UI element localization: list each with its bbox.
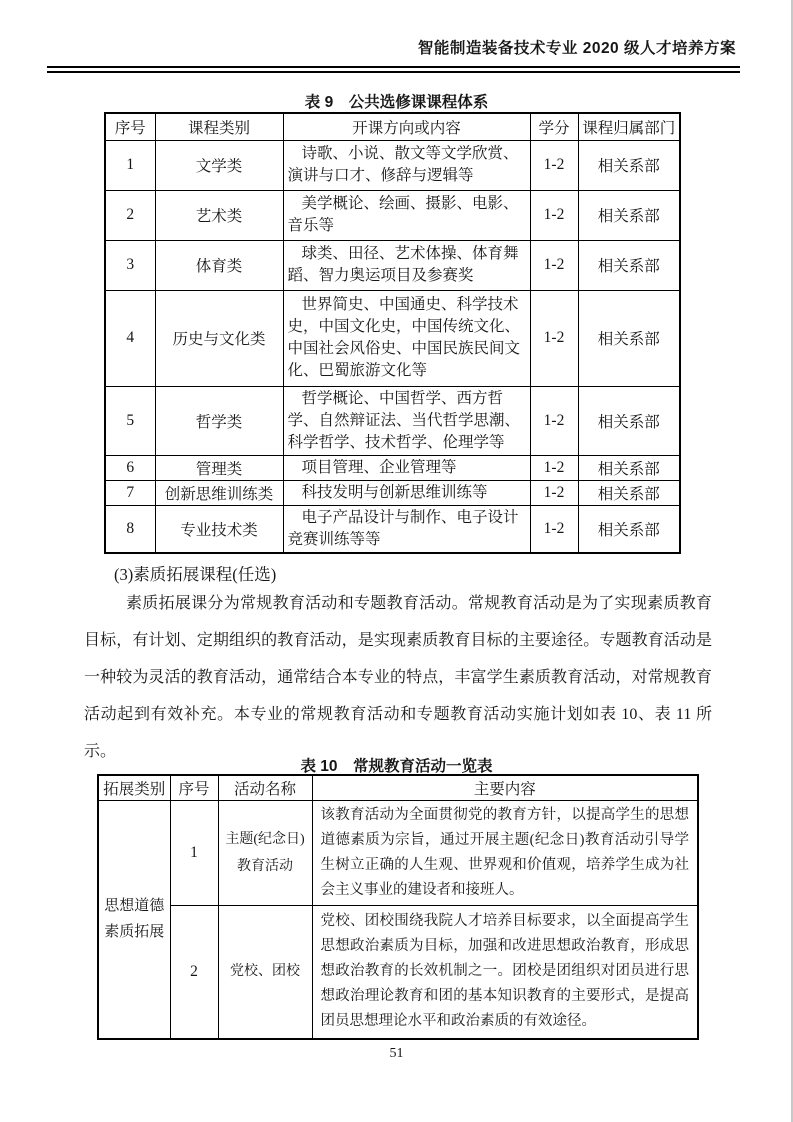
table-row: 5 哲学类 哲学概论、中国哲学、西方哲学、自然辩证法、当代哲学思潮、科学哲学、技…	[105, 386, 680, 455]
cell-credits: 1-2	[530, 505, 578, 553]
table-row: 7 创新思维训练类 科技发明与创新思维训练等 1-2 相关系部	[105, 480, 680, 505]
cell-no: 5	[105, 386, 155, 455]
cell-content: 哲学概论、中国哲学、西方哲学、自然辩证法、当代哲学思潮、科学哲学、技术哲学、伦理…	[283, 386, 530, 455]
cell-no: 4	[105, 290, 155, 386]
body-paragraph: 素质拓展课分为常规教育活动和专题教育活动。常规教育活动是为了实现素质教育目标，有…	[84, 585, 712, 770]
cell-category: 历史与文化类	[155, 290, 283, 386]
cell-category: 体育类	[155, 240, 283, 290]
cell-content: 美学概论、绘画、摄影、电影、音乐等	[283, 190, 530, 240]
cell-credits: 1-2	[530, 386, 578, 455]
cell-group-label: 思想道德素质拓展	[98, 801, 170, 1039]
cell-dept: 相关系部	[578, 240, 680, 290]
cell-dept: 相关系部	[578, 386, 680, 455]
cell-credits: 1-2	[530, 455, 578, 480]
cell-dept: 相关系部	[578, 505, 680, 553]
cell-category: 哲学类	[155, 386, 283, 455]
cell-category: 专业技术类	[155, 505, 283, 553]
table9-title: 表 9 公共选修课课程体系	[0, 90, 793, 112]
cell-no: 2	[170, 906, 218, 1039]
table9-header-row: 序号 课程类别 开课方向或内容 学分 课程归属部门	[105, 113, 680, 140]
cell-activity-name: 党校、团校	[218, 906, 312, 1039]
section-heading: (3)素质拓展课程(任选)	[114, 561, 276, 585]
cell-category: 艺术类	[155, 190, 283, 240]
table-row: 思想道德素质拓展 1 主题(纪念日)教育活动 该教育活动为全面贯彻党的教育方针，…	[98, 801, 698, 906]
col-header-group: 拓展类别	[98, 775, 170, 801]
cell-activity-name: 主题(纪念日)教育活动	[218, 801, 312, 906]
table-row: 2 艺术类 美学概论、绘画、摄影、电影、音乐等 1-2 相关系部	[105, 190, 680, 240]
col-header-content: 开课方向或内容	[283, 113, 530, 140]
col-header-category: 课程类别	[155, 113, 283, 140]
cell-dept: 相关系部	[578, 190, 680, 240]
cell-content: 球类、田径、艺术体操、体育舞蹈、智力奥运项目及参赛奖	[283, 240, 530, 290]
table10-regular-activities: 拓展类别 序号 活动名称 主要内容 思想道德素质拓展 1 主题(纪念日)教育活动…	[97, 774, 699, 1040]
cell-dept: 相关系部	[578, 290, 680, 386]
table-row: 1 文学类 诗歌、小说、散文等文学欣赏、演讲与口才、修辞与逻辑等 1-2 相关系…	[105, 140, 680, 190]
cell-no: 1	[105, 140, 155, 190]
cell-no: 2	[105, 190, 155, 240]
cell-no: 7	[105, 480, 155, 505]
cell-content: 诗歌、小说、散文等文学欣赏、演讲与口才、修辞与逻辑等	[283, 140, 530, 190]
cell-credits: 1-2	[530, 190, 578, 240]
page-header-title: 智能制造装备技术专业 2020 级人才培养方案	[418, 36, 736, 58]
cell-no: 1	[170, 801, 218, 906]
col-header-name: 活动名称	[218, 775, 312, 801]
table-row: 2 党校、团校 党校、团校围绕我院人才培养目标要求，以全面提高学生思想政治素质为…	[98, 906, 698, 1039]
cell-category: 创新思维训练类	[155, 480, 283, 505]
cell-main-content: 该教育活动为全面贯彻党的教育方针，以提高学生的思想道德素质为宗旨，通过开展主题(…	[312, 801, 698, 906]
cell-dept: 相关系部	[578, 480, 680, 505]
col-header-dept: 课程归属部门	[578, 113, 680, 140]
table10-title: 表 10 常规教育活动一览表	[0, 754, 793, 776]
cell-content: 项目管理、企业管理等	[283, 455, 530, 480]
col-header-credits: 学分	[530, 113, 578, 140]
cell-content: 科技发明与创新思维训练等	[283, 480, 530, 505]
cell-credits: 1-2	[530, 140, 578, 190]
document-page: 智能制造装备技术专业 2020 级人才培养方案 表 9 公共选修课课程体系 序号…	[0, 0, 793, 1122]
cell-credits: 1-2	[530, 480, 578, 505]
cell-credits: 1-2	[530, 290, 578, 386]
cell-no: 3	[105, 240, 155, 290]
cell-no: 8	[105, 505, 155, 553]
cell-dept: 相关系部	[578, 140, 680, 190]
cell-category: 文学类	[155, 140, 283, 190]
cell-content: 世界简史、中国通史、科学技术史，中国文化史，中国传统文化、中国社会风俗史、中国民…	[283, 290, 530, 386]
col-header-no: 序号	[170, 775, 218, 801]
cell-no: 6	[105, 455, 155, 480]
table-row: 6 管理类 项目管理、企业管理等 1-2 相关系部	[105, 455, 680, 480]
table-row: 3 体育类 球类、田径、艺术体操、体育舞蹈、智力奥运项目及参赛奖 1-2 相关系…	[105, 240, 680, 290]
cell-category: 管理类	[155, 455, 283, 480]
table9-public-electives: 序号 课程类别 开课方向或内容 学分 课程归属部门 1 文学类 诗歌、小说、散文…	[104, 112, 681, 554]
table-row: 4 历史与文化类 世界简史、中国通史、科学技术史，中国文化史，中国传统文化、中国…	[105, 290, 680, 386]
table10-header-row: 拓展类别 序号 活动名称 主要内容	[98, 775, 698, 801]
cell-dept: 相关系部	[578, 455, 680, 480]
cell-content: 电子产品设计与制作、电子设计竞赛训练等等	[283, 505, 530, 553]
col-header-content: 主要内容	[312, 775, 698, 801]
page-number: 51	[0, 1046, 793, 1062]
cell-credits: 1-2	[530, 240, 578, 290]
cell-main-content: 党校、团校围绕我院人才培养目标要求，以全面提高学生思想政治素质为目标，加强和改进…	[312, 906, 698, 1039]
header-double-rule	[47, 66, 740, 73]
col-header-no: 序号	[105, 113, 155, 140]
table-row: 8 专业技术类 电子产品设计与制作、电子设计竞赛训练等等 1-2 相关系部	[105, 505, 680, 553]
